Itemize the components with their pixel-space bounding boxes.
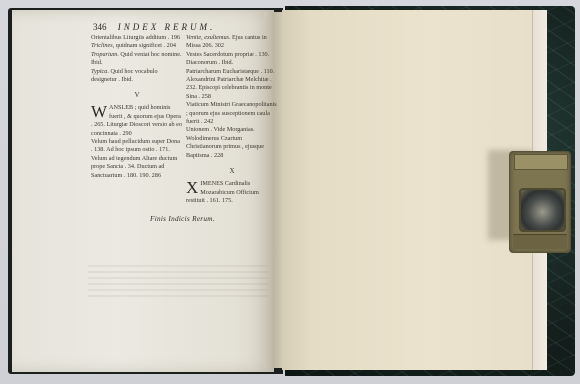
index-column-a: Orientalibus Liturgiis additum . 196 Tri… (91, 34, 183, 180)
index-entry: WANSLEB ; quid hominis fuerit , & quorum… (91, 104, 183, 138)
index-entry: Venite, exultemus. Ejus cantus in Missa … (186, 34, 278, 51)
index-entry: Viaticum Ministri Graecanopolitanis ; qu… (186, 101, 278, 126)
drop-cap: X (186, 180, 198, 195)
section-letter-x: X (186, 167, 278, 175)
index-entry: Typica. Quid hoc vocabulo designetur . I… (91, 68, 183, 85)
book-photo: 346 INDEX RERUM. Orientalibus Liturgiis … (0, 0, 580, 384)
index-entry: Patriarcharum Eucharistæque . 110. Alexa… (186, 68, 278, 102)
magnifier-lens-icon (519, 188, 566, 232)
section-letter-v: V (91, 91, 183, 99)
show-through-text (88, 265, 268, 301)
index-entry: Wolodimerus Czarium Christianorum primus… (186, 135, 278, 160)
brass-magnifier-loupe (510, 152, 570, 252)
index-entry: Unionem . Vide Morganias. (186, 126, 278, 134)
closing-line: Finis Indicis Rerum. (150, 215, 215, 223)
header-title: INDEX RERUM. (118, 22, 215, 32)
index-entry: XIMENES Cardinalis Mozarabicum Officium … (186, 180, 278, 205)
drop-cap: W (91, 104, 107, 119)
index-entry: Triclines, quidnam significet . 204 (91, 42, 183, 50)
index-column-b: Venite, exultemus. Ejus cantus in Missa … (186, 34, 278, 205)
running-header: 346 INDEX RERUM. (93, 22, 283, 32)
page-number: 346 (93, 22, 107, 32)
index-entry: Troparium. Quid veniat hoc nomine. Ibid. (91, 51, 183, 68)
loupe-hinge-plate (514, 154, 568, 170)
loupe-base-plate (513, 234, 567, 249)
index-entry: Vestes Sacerdotum propriæ . 130. Diacono… (186, 51, 278, 68)
index-entry: Orientalibus Liturgiis additum . 196 (91, 34, 183, 42)
index-entry: Velum haud pellucidum super Dona . 138. … (91, 138, 183, 180)
